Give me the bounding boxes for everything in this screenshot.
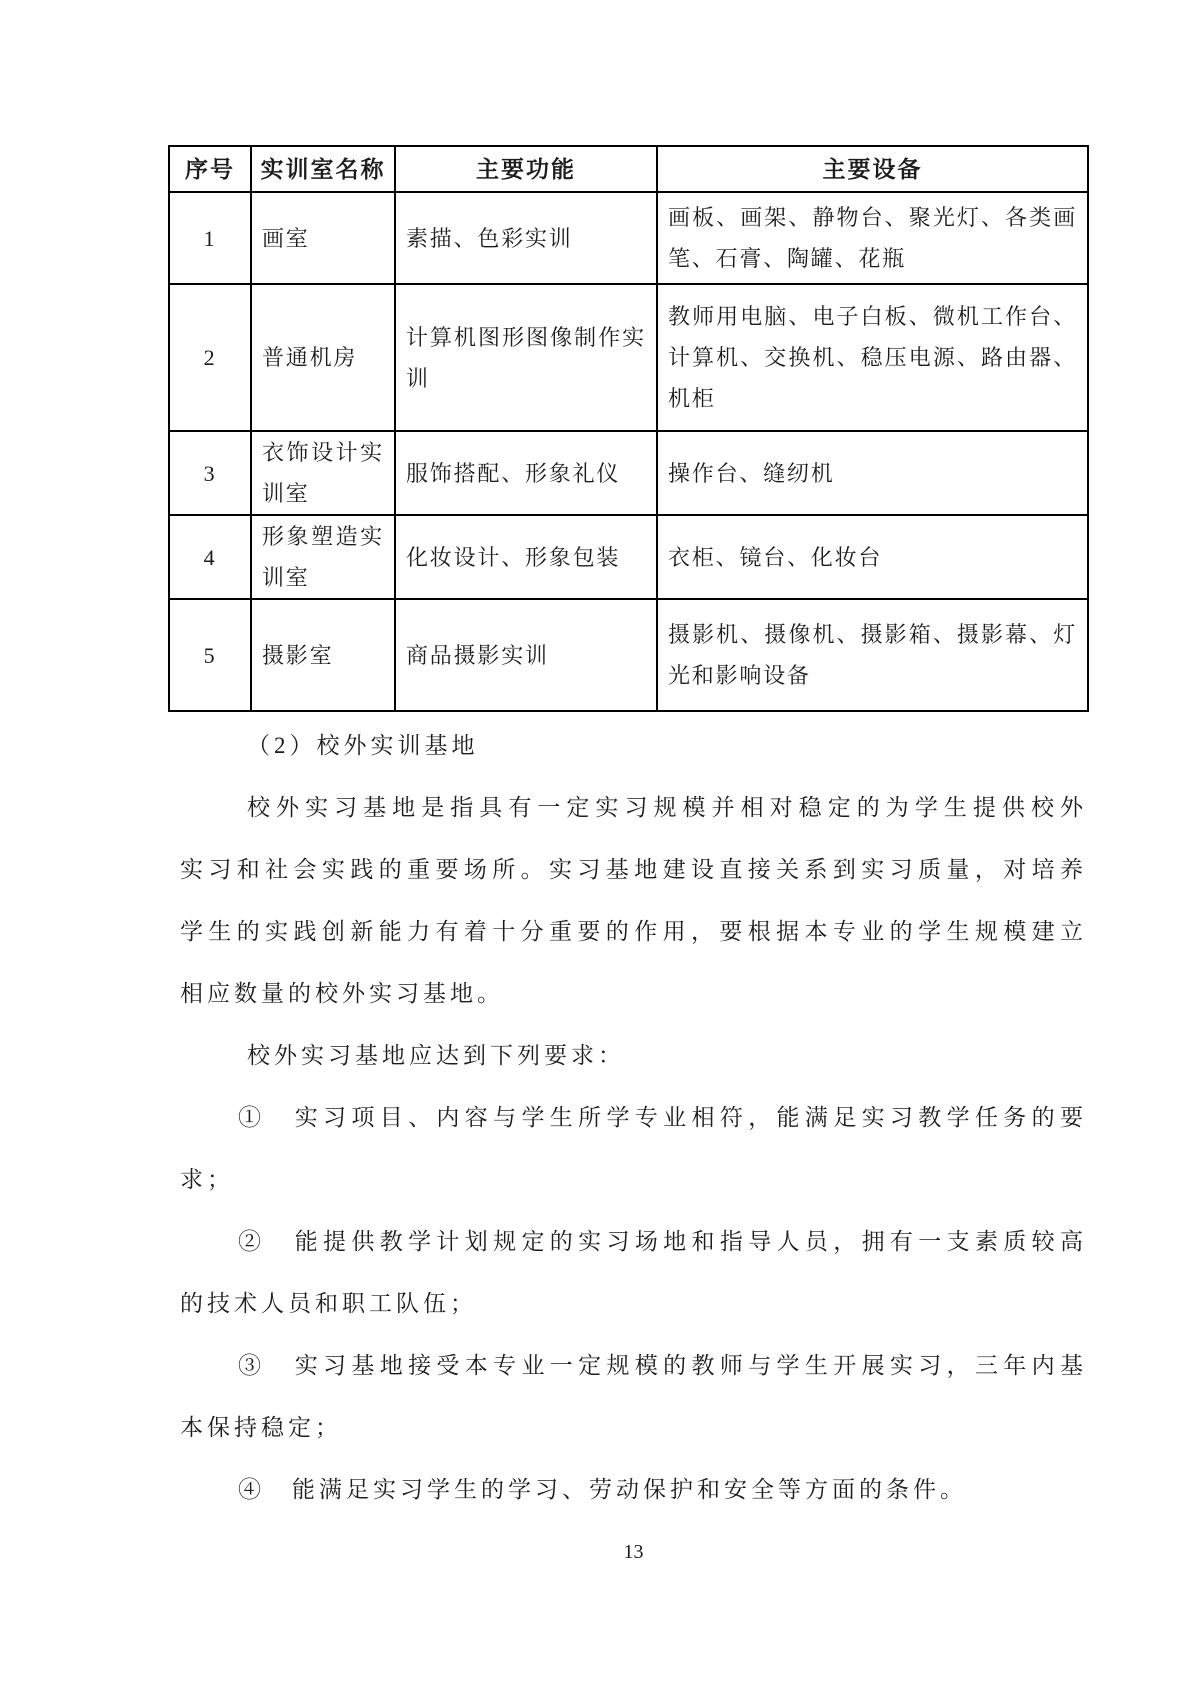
room-function-cell: 商品摄影实训: [395, 599, 657, 711]
room-number-cell: 5: [169, 599, 251, 711]
table-row: 1画室素描、色彩实训画板、画架、静物台、聚光灯、各类画笔、石膏、陶罐、花瓶: [169, 192, 1088, 284]
table-header-cell: 主要功能: [395, 146, 657, 192]
table-row: 2普通机房计算机图形图像制作实训教师用电脑、电子白板、微机工作台、计算机、交换机…: [169, 284, 1088, 431]
room-name-cell: 普通机房: [251, 284, 395, 431]
body-line: 实习和社会实践的重要场所。实习基地建设直接关系到实习质量，对培养: [180, 839, 1087, 901]
room-name-cell: 画室: [251, 192, 395, 284]
body-line: ④ 能满足实习学生的学习、劳动保护和安全等方面的条件。: [180, 1459, 1087, 1521]
room-function-cell: 服饰搭配、形象礼仪: [395, 431, 657, 515]
table-header-cell: 实训室名称: [251, 146, 395, 192]
body-line: 的技术人员和职工队伍；: [180, 1273, 1087, 1335]
table-header-cell: 主要设备: [657, 146, 1088, 192]
body-line: 学生的实践创新能力有着十分重要的作用，要根据本专业的学生规模建立: [180, 901, 1087, 963]
room-equipment-cell: 摄影机、摄像机、摄影箱、摄影幕、灯光和影响设备: [657, 599, 1088, 711]
room-number-cell: 2: [169, 284, 251, 431]
table-row: 4形象塑造实训室化妆设计、形象包装衣柜、镜台、化妆台: [169, 515, 1088, 599]
body-line: （2）校外实训基地: [180, 715, 1087, 777]
room-equipment-cell: 画板、画架、静物台、聚光灯、各类画笔、石膏、陶罐、花瓶: [657, 192, 1088, 284]
table-row: 5摄影室商品摄影实训摄影机、摄像机、摄影箱、摄影幕、灯光和影响设备: [169, 599, 1088, 711]
room-name-cell: 形象塑造实训室: [251, 515, 395, 599]
room-name-cell: 摄影室: [251, 599, 395, 711]
table-header-cell: 序号: [169, 146, 251, 192]
room-equipment-cell: 操作台、缝纫机: [657, 431, 1088, 515]
body-line: ② 能提供教学计划规定的实习场地和指导人员，拥有一支素质较高: [180, 1211, 1087, 1273]
table-header-row: 序号实训室名称主要功能主要设备: [169, 146, 1088, 192]
room-number-cell: 1: [169, 192, 251, 284]
body-line: ① 实习项目、内容与学生所学专业相符，能满足实习教学任务的要: [180, 1087, 1087, 1149]
room-number-cell: 4: [169, 515, 251, 599]
body-line: 校外实习基地应达到下列要求：: [180, 1025, 1087, 1087]
body-line: ③ 实习基地接受本专业一定规模的教师与学生开展实习，三年内基: [180, 1335, 1087, 1397]
page-number: 13: [180, 1537, 1087, 1567]
room-number-cell: 3: [169, 431, 251, 515]
room-function-cell: 计算机图形图像制作实训: [395, 284, 657, 431]
body-line: 本保持稳定；: [180, 1397, 1087, 1459]
body-line: 校外实习基地是指具有一定实习规模并相对稳定的为学生提供校外: [180, 777, 1087, 839]
training-rooms-table: 序号实训室名称主要功能主要设备 1画室素描、色彩实训画板、画架、静物台、聚光灯、…: [168, 145, 1089, 712]
body-line: 相应数量的校外实习基地。: [180, 963, 1087, 1025]
room-function-cell: 素描、色彩实训: [395, 192, 657, 284]
room-name-cell: 衣饰设计实训室: [251, 431, 395, 515]
document-page: 序号实训室名称主要功能主要设备 1画室素描、色彩实训画板、画架、静物台、聚光灯、…: [0, 0, 1190, 1683]
table-row: 3衣饰设计实训室服饰搭配、形象礼仪操作台、缝纫机: [169, 431, 1088, 515]
room-function-cell: 化妆设计、形象包装: [395, 515, 657, 599]
room-equipment-cell: 衣柜、镜台、化妆台: [657, 515, 1088, 599]
body-text: （2）校外实训基地校外实习基地是指具有一定实习规模并相对稳定的为学生提供校外实习…: [180, 715, 1087, 1521]
table-body: 1画室素描、色彩实训画板、画架、静物台、聚光灯、各类画笔、石膏、陶罐、花瓶2普通…: [169, 192, 1088, 711]
room-equipment-cell: 教师用电脑、电子白板、微机工作台、计算机、交换机、稳压电源、路由器、机柜: [657, 284, 1088, 431]
body-line: 求；: [180, 1149, 1087, 1211]
